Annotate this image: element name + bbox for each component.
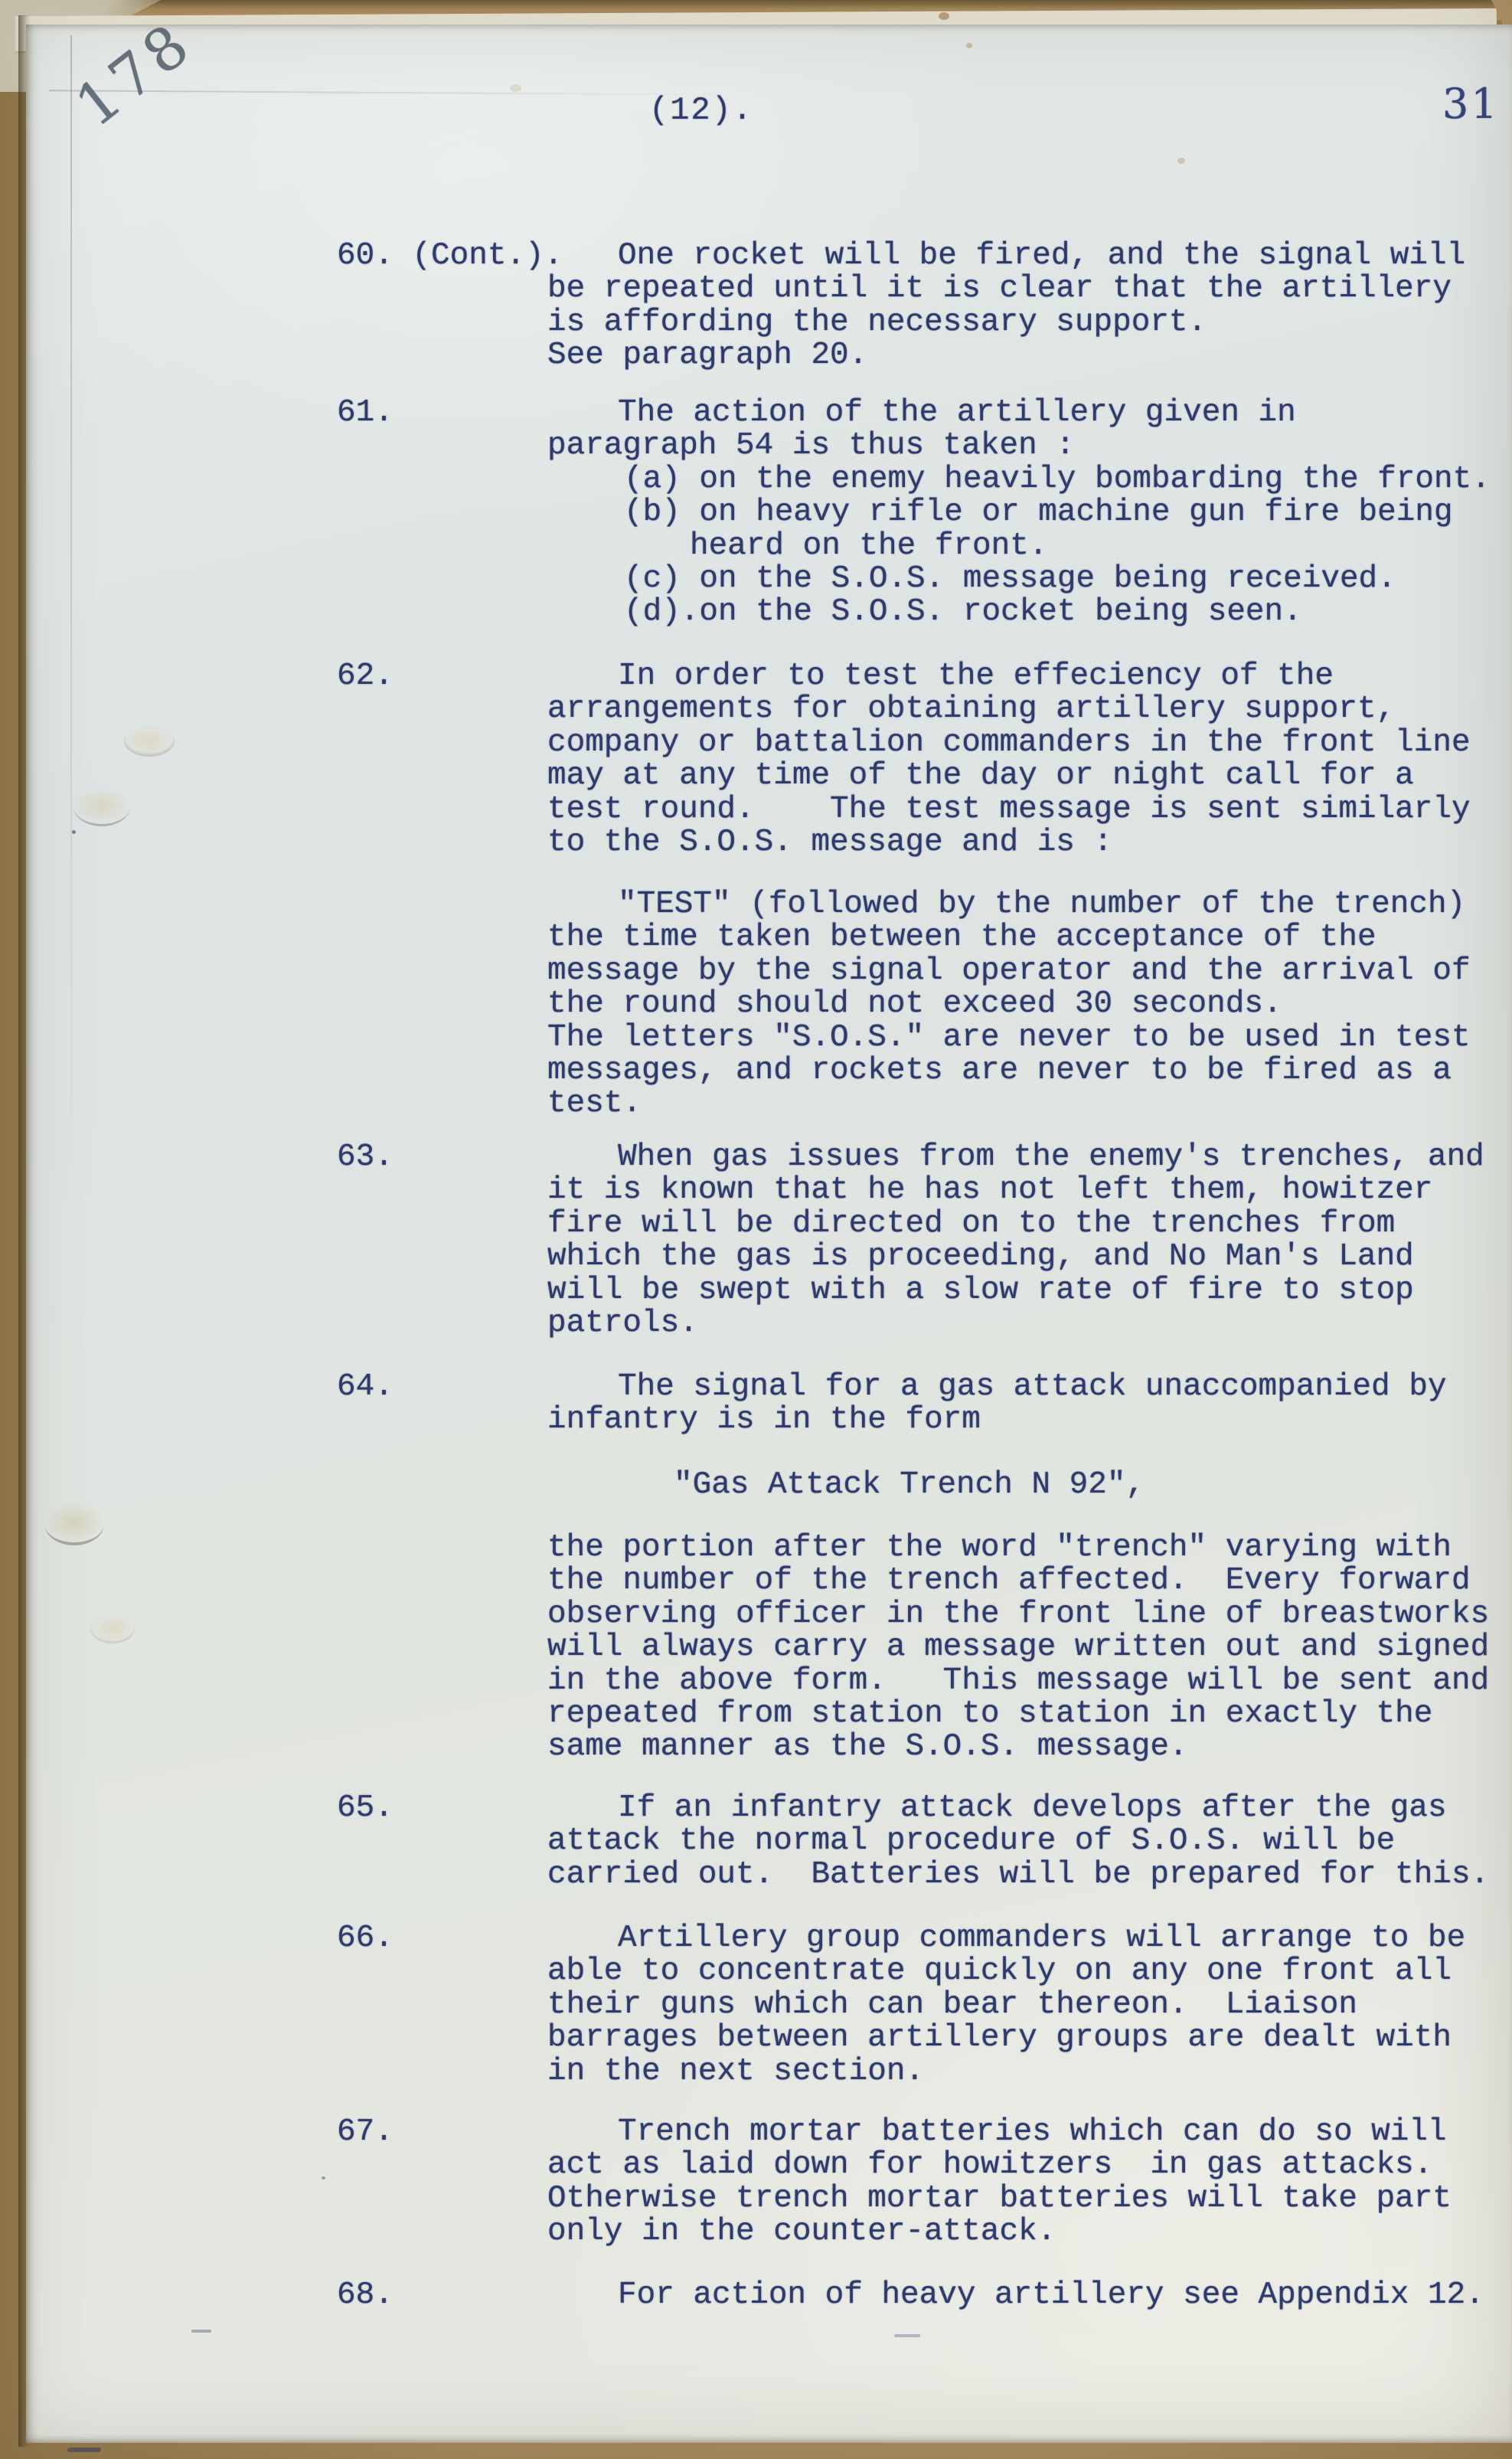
typed-line: "TEST" (followed by the number of the tr…	[547, 888, 1501, 921]
typed-line: fire will be directed on to the trenches…	[547, 1208, 1501, 1241]
paragraph-lines: If an infantry attack develops after the…	[547, 1792, 1501, 1892]
typed-line: the round should not exceed 30 seconds.	[547, 988, 1501, 1021]
vertical-crease	[70, 35, 72, 1199]
paragraph-61: 61.The action of the artillery given inp…	[337, 397, 1501, 629]
typed-line: barrages between artillery groups are de…	[547, 2022, 1501, 2055]
typed-line: patrols.	[547, 1307, 1501, 1340]
typed-line: the time taken between the acceptance of…	[547, 921, 1501, 954]
paragraph-number: 68.	[337, 2279, 394, 2312]
typed-line: attack the normal procedure of S.O.S. wi…	[547, 1825, 1501, 1858]
paragraph-62: 62.In order to test the effeciency of th…	[337, 660, 1501, 859]
ink-spot	[72, 830, 76, 834]
typed-line: See paragraph 20.	[547, 339, 1501, 372]
paragraph-block: "Gas Attack Trench N 92",	[337, 1469, 1501, 1502]
typed-line: is affording the necessary support.	[547, 306, 1501, 339]
typed-line: In order to test the effeciency of the	[547, 660, 1501, 693]
paragraph-65: 65.If an infantry attack develops after …	[337, 1792, 1501, 1892]
ink-smudge	[191, 2330, 211, 2333]
paragraph-number: 62.	[337, 660, 394, 693]
paragraph-lines: Trench mortar batteries which can do so …	[547, 2116, 1501, 2249]
typed-line: "Gas Attack Trench N 92",	[547, 1469, 1501, 1502]
typed-line: For action of heavy artillery see Append…	[547, 2279, 1501, 2312]
paragraph-lines: The action of the artillery given inpara…	[547, 397, 1501, 629]
typed-line: act as laid down for howitzers in gas at…	[547, 2149, 1501, 2182]
typed-line: to the S.O.S. message and is :	[547, 826, 1501, 859]
typed-line: in the next section.	[547, 2055, 1501, 2088]
typed-line: arrangements for obtaining artillery sup…	[547, 693, 1501, 726]
typed-line: (a) on the enemy heavily bombarding the …	[547, 463, 1501, 496]
paragraph-lines: the portion after the word "trench" vary…	[547, 1532, 1501, 1764]
typed-line: paragraph 54 is thus taken :	[547, 430, 1501, 463]
typed-line: (c) on the S.O.S. message being received…	[547, 563, 1501, 596]
paragraph-lines: "TEST" (followed by the number of the tr…	[547, 888, 1501, 1121]
typed-line: The action of the artillery given in	[547, 397, 1501, 430]
punch-hole	[124, 724, 175, 757]
paragraph-container: 60. (Cont.).One rocket will be fired, an…	[337, 0, 1501, 2459]
paragraph-lines: In order to test the effeciency of thear…	[547, 660, 1501, 859]
typed-line: test.	[547, 1087, 1501, 1120]
typed-line: be repeated until it is clear that the a…	[547, 273, 1501, 306]
paragraph-block: the portion after the word "trench" vary…	[337, 1532, 1501, 1764]
typed-line: in the above form. This message will be …	[547, 1665, 1501, 1698]
typed-line: the number of the trench affected. Every…	[547, 1565, 1501, 1597]
typed-line: heard on the front.	[547, 530, 1501, 563]
typed-line: will always carry a message written out …	[547, 1631, 1501, 1664]
typed-line: The letters "S.O.S." are never to be use…	[547, 1022, 1501, 1055]
typed-line: infantry is in the form	[547, 1404, 1501, 1437]
paragraph-68: 68.For action of heavy artillery see App…	[337, 2279, 1501, 2312]
paragraph-66: 66.Artillery group commanders will arran…	[337, 1922, 1501, 2088]
paragraph-64: 64.The signal for a gas attack unaccompa…	[337, 1371, 1501, 1437]
paragraph-number: 64.	[337, 1371, 394, 1404]
typed-line: able to concentrate quickly on any one f…	[547, 1955, 1501, 1988]
paragraph-number: 61.	[337, 397, 394, 430]
paragraph-number: 63.	[337, 1141, 394, 1174]
typed-line: Otherwise trench mortar batteries will t…	[547, 2183, 1501, 2215]
paragraph-67: 67.Trench mortar batteries which can do …	[337, 2116, 1501, 2249]
typed-line: may at any time of the day or night call…	[547, 760, 1501, 793]
punch-hole	[90, 1614, 135, 1643]
paragraph-lines: When gas issues from the enemy's trenche…	[547, 1141, 1501, 1340]
paragraph-number: 60. (Cont.).	[337, 240, 563, 273]
typed-line: test round. The test message is sent sim…	[547, 793, 1501, 826]
paragraph-lines: For action of heavy artillery see Append…	[547, 2279, 1501, 2312]
paragraph-number: 65.	[337, 1792, 394, 1825]
typed-line: carried out. Batteries will be prepared …	[547, 1859, 1501, 1892]
paragraph-63: 63.When gas issues from the enemy's tren…	[337, 1141, 1501, 1340]
typed-line: One rocket will be fired, and the signal…	[547, 240, 1501, 273]
typed-line: The signal for a gas attack unaccompanie…	[547, 1371, 1501, 1404]
paragraph-block: "TEST" (followed by the number of the tr…	[337, 888, 1501, 1121]
typed-line: will be swept with a slow rate of fire t…	[547, 1274, 1501, 1307]
typed-line: company or battalion commanders in the f…	[547, 727, 1501, 760]
paragraph-lines: One rocket will be fired, and the signal…	[547, 240, 1501, 373]
paragraph-lines: "Gas Attack Trench N 92",	[547, 1469, 1501, 1502]
typed-line: observing officer in the front line of b…	[547, 1598, 1501, 1631]
scanned-document: 178 (12). 31 60. (Cont.).One rocket will…	[0, 0, 1512, 2459]
typed-line: same manner as the S.O.S. message.	[547, 1731, 1501, 1764]
punch-hole	[44, 1503, 104, 1545]
paragraph-lines: Artillery group commanders will arrange …	[547, 1922, 1501, 2088]
typed-line: (d).on the S.O.S. rocket being seen.	[547, 596, 1501, 629]
typed-line: which the gas is proceeding, and No Man'…	[547, 1241, 1501, 1274]
ink-smudge	[67, 2448, 101, 2452]
paragraph-number: 67.	[337, 2116, 394, 2149]
typed-line: their guns which can bear thereon. Liais…	[547, 1989, 1501, 2022]
typed-line: the portion after the word "trench" vary…	[547, 1532, 1501, 1565]
paragraph-60: 60. (Cont.).One rocket will be fired, an…	[337, 240, 1501, 373]
typed-line: only in the counter-attack.	[547, 2215, 1501, 2248]
typed-line: (b) on heavy rifle or machine gun fire b…	[547, 496, 1501, 529]
typed-line: message by the signal operator and the a…	[547, 955, 1501, 988]
typed-line: Trench mortar batteries which can do so …	[547, 2116, 1501, 2149]
typed-line: messages, and rockets are never to be fi…	[547, 1055, 1501, 1087]
punch-hole	[73, 787, 130, 826]
paragraph-number: 66.	[337, 1922, 394, 1955]
typed-line: Artillery group commanders will arrange …	[547, 1922, 1501, 1955]
typed-line: If an infantry attack develops after the…	[547, 1792, 1501, 1825]
ink-spot	[322, 2176, 325, 2179]
typed-line: it is known that he has not left them, h…	[547, 1174, 1501, 1207]
typed-line: When gas issues from the enemy's trenche…	[547, 1141, 1501, 1174]
typed-line: repeated from station to station in exac…	[547, 1698, 1501, 1731]
paragraph-lines: The signal for a gas attack unaccompanie…	[547, 1371, 1501, 1437]
